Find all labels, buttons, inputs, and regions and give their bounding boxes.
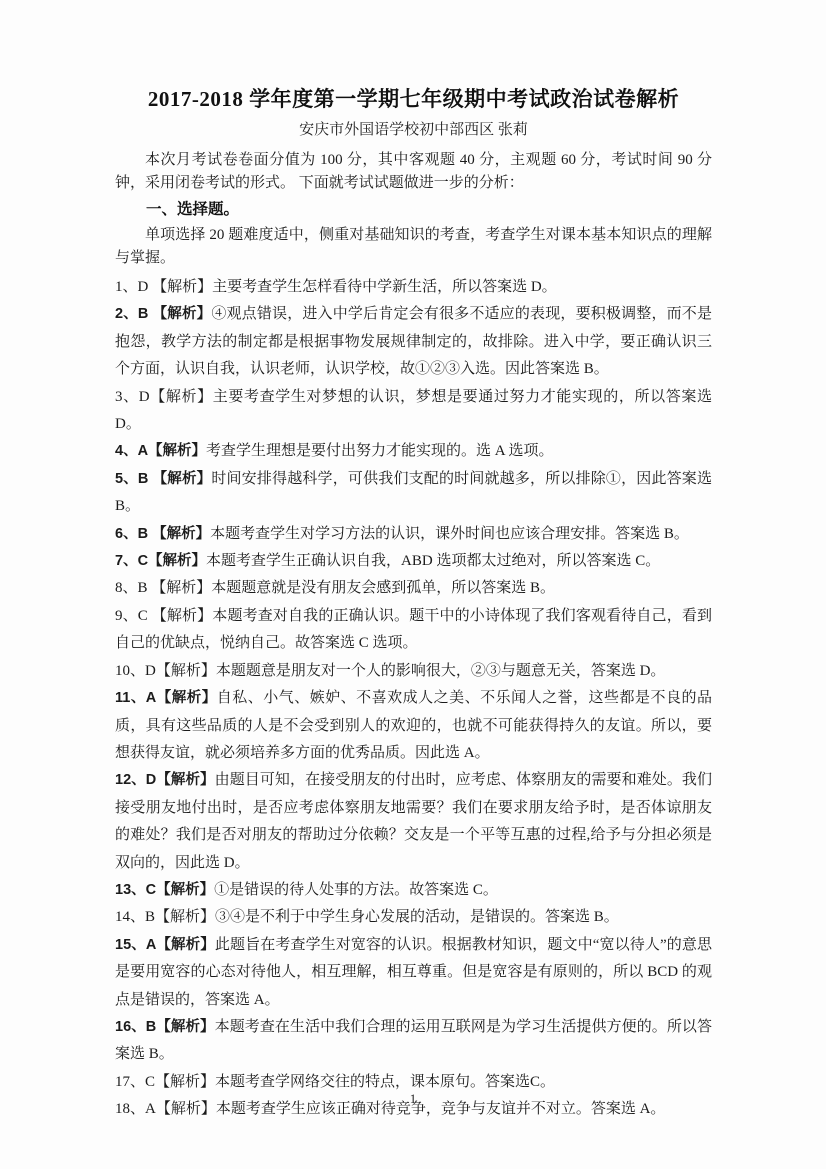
answer-item: 13、C【解析】①是错误的待人处事的方法。故答案选 C。 [115,877,712,904]
section-heading: 一、选择题。 [115,198,712,221]
item-body: 考查学生理想是要付出努力才能实现的。选 A 选项。 [206,443,554,459]
answer-item: 9、C 【解析】本题考查对自我的正确认识。题干中的小诗体现了我们客观看待自己，看… [115,603,712,658]
item-head: 15、A【解析】 [115,937,215,953]
item-head: 2、B 【解析】 [115,306,211,322]
item-head: 17、C【解析】 [115,1074,215,1090]
item-head: 8、B 【解析】 [115,580,211,596]
item-head: 3、D【解析】 [115,389,213,405]
item-body: 主要考查学生怎样看待中学新生活，所以答案选 D。 [212,279,557,295]
item-head: 1、D 【解析】 [115,279,212,295]
item-body: ①是错误的待人处事的方法。故答案选 C。 [214,882,498,898]
item-body: 本题考查学生正确认识自我，ABD 选项都太过绝对，所以答案选 C。 [206,553,660,569]
answer-item: 5、B 【解析】时间安排得越科学，可供我们支配的时间就越多，所以排除①，因此答案… [115,466,712,521]
item-body: 本题题意是朋友对一个人的影响很大，②③与题意无关，答案选 D。 [216,663,666,679]
answer-item: 10、D【解析】本题题意是朋友对一个人的影响很大，②③与题意无关，答案选 D。 [115,658,712,685]
item-head: 5、B 【解析】 [115,471,211,487]
answer-item: 7、C【解析】本题考查学生正确认识自我，ABD 选项都太过绝对，所以答案选 C。 [115,548,712,575]
item-head: 6、B 【解析】 [115,526,210,542]
intro-paragraph: 本次月考试卷卷面分值为 100 分，其中客观题 40 分，主观题 60 分，考试… [115,149,712,195]
answer-item: 4、A【解析】考查学生理想是要付出努力才能实现的。选 A 选项。 [115,438,712,465]
item-head: 12、D【解析】 [115,772,215,788]
item-body: ③④是不利于中学生身心发展的活动，是错误的。答案选 B。 [215,909,619,925]
answer-item: 11、A【解析】自私、小气、嫉妒、不喜欢成人之美、不乐闻人之誉，这些都是不良的品… [115,685,712,767]
item-body: 本题题意就是没有朋友会感到孤单，所以答案选 B。 [211,580,555,596]
item-head: 13、C【解析】 [115,882,214,898]
item-head: 9、C 【解析】 [115,608,212,624]
answer-list: 1、D 【解析】主要考查学生怎样看待中学新生活，所以答案选 D。2、B 【解析】… [115,274,712,1124]
item-head: 10、D【解析】 [115,663,216,679]
doc-title: 2017-2018 学年度第一学期七年级期中考试政治试卷解析 [115,86,712,113]
doc-subtitle: 安庆市外国语学校初中部西区 张莉 [115,120,712,140]
answer-item: 6、B 【解析】本题考查学生对学习方法的认识，课外时间也应该合理安排。答案选 B… [115,521,712,548]
item-head: 4、A【解析】 [115,443,206,459]
answer-item: 3、D【解析】主要考查学生对梦想的认识，梦想是要通过努力才能实现的，所以答案选 … [115,384,712,439]
item-body: 本题考查学生对学习方法的认识，课外时间也应该合理安排。答案选 B。 [210,526,689,542]
answer-item: 2、B 【解析】④观点错误，进入中学后肯定会有很多不适应的表现，要积极调整，而不… [115,301,712,383]
answer-item: 12、D【解析】由题目可知，在接受朋友的付出时，应考虑、体察朋友的需要和难处。我… [115,767,712,877]
answer-item: 15、A【解析】此题旨在考查学生对宽容的认识。根据教材知识，题文中“宽以待人”的… [115,932,712,1014]
answer-item: 16、B【解析】本题考查在生活中我们合理的运用互联网是为学习生活提供方便的。所以… [115,1014,712,1069]
answer-item: 1、D 【解析】主要考查学生怎样看待中学新生活，所以答案选 D。 [115,274,712,301]
item-head: 7、C【解析】 [115,553,206,569]
item-head: 16、B【解析】 [115,1019,215,1035]
section-description: 单项选择 20 题难度适中，侧重对基础知识的考查，考查学生对课本基本知识点的理解… [115,224,712,270]
answer-item: 14、B【解析】③④是不利于中学生身心发展的活动，是错误的。答案选 B。 [115,904,712,931]
page-number: 1 [0,1091,826,1107]
item-head: 11、A【解析】 [115,690,217,706]
item-head: 14、B【解析】 [115,909,215,925]
item-body: 本题考查学网络交往的特点，课本原句。答案选C。 [215,1074,555,1090]
document-page: 2017-2018 学年度第一学期七年级期中考试政治试卷解析 安庆市外国语学校初… [0,0,826,1169]
answer-item: 8、B 【解析】本题题意就是没有朋友会感到孤单，所以答案选 B。 [115,575,712,602]
